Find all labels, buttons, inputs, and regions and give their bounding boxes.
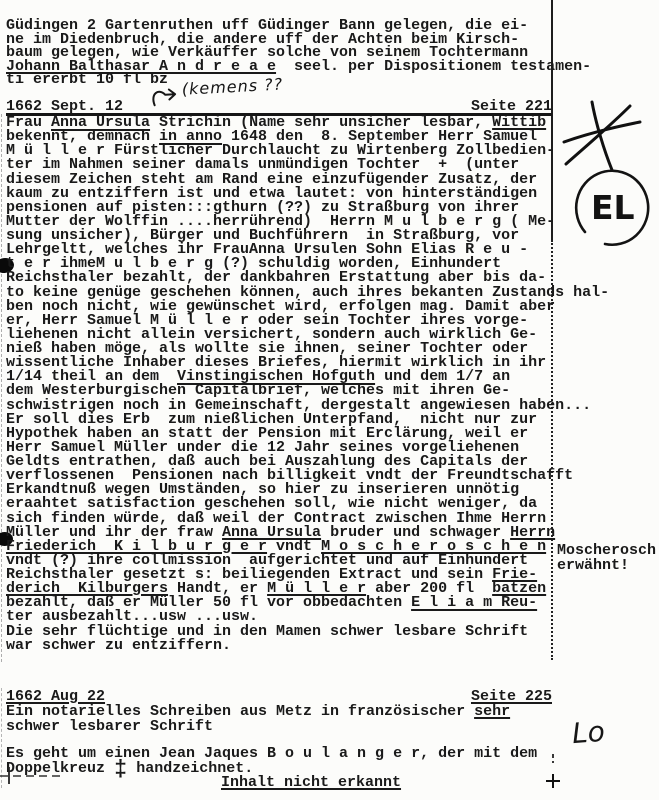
el-text: EL (591, 188, 635, 227)
handwritten-lo-mark: Lo (571, 715, 606, 750)
scanned-document-page: Güdingen 2 Gartenruthen uff Güdinger Ban… (0, 0, 659, 800)
page-reference: Seite 221 (471, 98, 552, 115)
bottom-left-cross-mark (0, 764, 64, 786)
entry-2-description: Ein notarielles Schreiben aus Metz in fr… (6, 705, 552, 734)
margin-note-moscherosch: Moscherosch erwähnt! (557, 544, 656, 573)
entry-date: 1662 Aug 22 (6, 690, 105, 704)
closing-remark: Inhalt nicht erkannt (221, 776, 552, 790)
asterisk-icon (558, 100, 646, 174)
entry-body: Frau Anna Ursula Strichin (Name sehr uns… (6, 116, 552, 653)
handwritten-note-text: (kemens ?? (181, 75, 283, 99)
entry-2-body: Es geht um einen Jean Jaques B o u l a n… (6, 747, 552, 776)
bottom-right-cross-mark (544, 754, 562, 790)
text-line: war schwer zu entziffern. (6, 639, 552, 653)
page-reference: Seite 225 (471, 690, 552, 704)
entry-header-2: 1662 Aug 22 Seite 225 (6, 690, 552, 704)
handwritten-el-circle: EL (569, 166, 655, 254)
cross-icon (544, 754, 562, 790)
entry-2: 1662 Aug 22 Seite 225 Ein notarielles Sc… (6, 690, 552, 790)
margin-note-line: erwähnt! (557, 557, 629, 574)
text-line: schwer lesbarer Schrift (6, 720, 552, 734)
cross-icon (0, 764, 64, 786)
handwritten-asterisk-mark (558, 100, 646, 174)
left-scan-edge (1, 114, 2, 662)
entry-date: 1662 Sept. 12 (6, 98, 123, 115)
circle-icon: EL (569, 166, 655, 254)
